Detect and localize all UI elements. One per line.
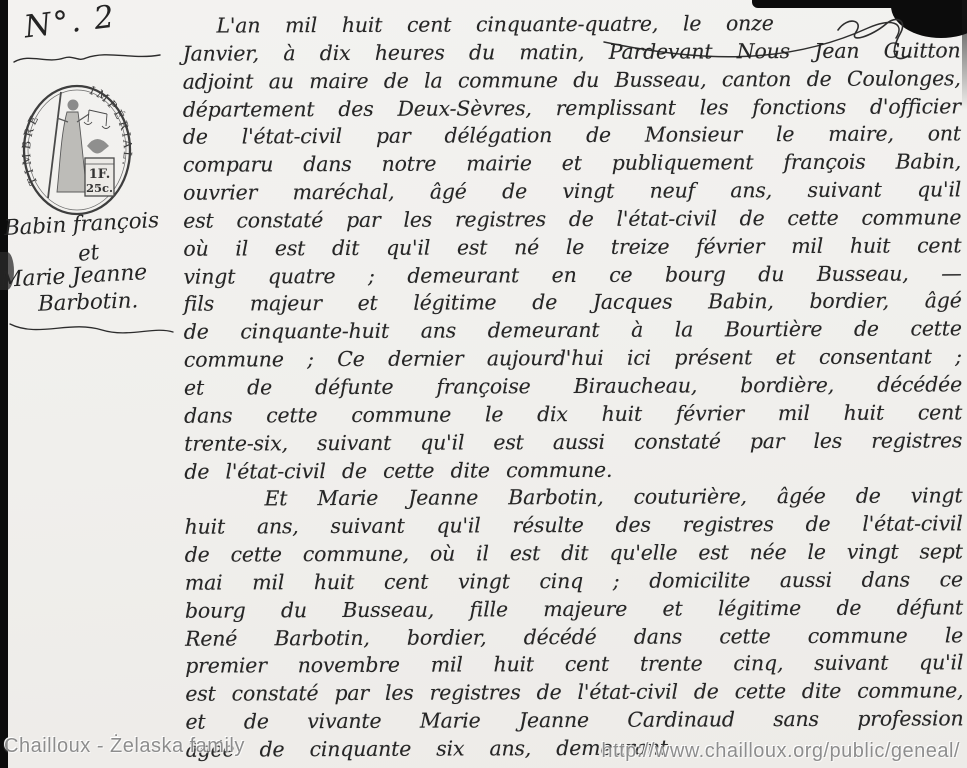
text-line: comparu dans notre mairie et publiquemen… xyxy=(183,149,961,180)
text-line: est constaté par les registres de l'état… xyxy=(185,678,963,709)
text-line: fils majeur et légitime de Jacques Babin… xyxy=(184,288,962,319)
watermark-url: http://www.chailloux.org/public/geneal/ xyxy=(601,740,960,763)
text-line: mai mil huit cent vingt cinq ; domicilit… xyxy=(185,566,963,597)
stamp-value-bottom: 25c. xyxy=(86,181,113,195)
text-line: Janvier, à dix heures du matin, Pardevan… xyxy=(182,37,960,68)
scanned-register-page: N°. 2 TIMBRE IMPÉRIAL. xyxy=(0,0,967,768)
text-line: adjoint au maire de la commune du Bussea… xyxy=(183,65,961,96)
text-line: ouvrier maréchal, âgé de vingt neuf ans,… xyxy=(183,176,961,207)
margin-name-bride-last: Barbotin. xyxy=(38,288,139,316)
text-line: René Barbotin, bordier, décédé dans cett… xyxy=(185,622,963,653)
justice-figure-icon xyxy=(57,100,89,193)
act-text: L'an mil huit cent cinquante-quatre, le … xyxy=(182,9,963,764)
text-line: Et Marie Jeanne Barbotin, couturière, âg… xyxy=(184,483,962,514)
text-line: de l'état-civil par délégation de Monsie… xyxy=(183,121,961,152)
text-line: département des Deux-Sèvres, remplissant… xyxy=(183,93,961,124)
act-number-underline xyxy=(12,48,164,68)
text-line: vingt quatre ; demeurant en ce bourg du … xyxy=(183,260,961,291)
text-line: de l'état-civil de cette dite commune. xyxy=(184,456,612,486)
margin-names-underline xyxy=(8,318,176,340)
text-line: de cette commune, où il est dit qu'elle … xyxy=(185,538,963,569)
imperial-eagle-icon xyxy=(87,139,109,154)
text-line: huit ans, suivant qu'il résulte des regi… xyxy=(185,510,963,541)
text-line: et de défunte françoise Biraucheau, bord… xyxy=(184,371,962,402)
text-line: dans cette commune le dix huit février m… xyxy=(184,399,962,430)
stamp-value-top: 1F. xyxy=(89,167,111,182)
text-line: commune ; Ce dernier aujourd'hui ici pré… xyxy=(184,343,962,374)
text-line: et de vivante Marie Jeanne Cardinaud san… xyxy=(185,705,963,736)
text-line: de cinquante-huit ans demeurant à la Bou… xyxy=(184,316,962,347)
text-line: est constaté par les registres de l'état… xyxy=(183,204,961,235)
act-number: N°. 2 xyxy=(22,0,118,45)
watermark-family-name: Chailloux - Żelaska family xyxy=(4,735,245,758)
text-line: âgée de cinquante six ans, demeurant xyxy=(186,735,668,765)
text-line: bourg du Busseau, fille majeure et légit… xyxy=(185,594,963,625)
stamp-text-timbre: TIMBRE xyxy=(19,110,43,187)
text-line: où il est dit qu'il est né le treize fév… xyxy=(183,232,961,263)
scan-edge-left xyxy=(0,0,8,768)
text-line: trente-six, suivant qu'il est aussi cons… xyxy=(184,427,962,458)
stamp-text-imperial: IMPÉRIAL. xyxy=(88,83,135,169)
text-line: L'an mil huit cent cinquante-quatre, le … xyxy=(182,10,773,40)
stamp-value-pedestal: 1F. 25c. xyxy=(85,158,114,196)
scales-icon xyxy=(84,110,110,129)
timbre-imperial-stamp: TIMBRE IMPÉRIAL. 1F. 25c. xyxy=(15,78,139,222)
scan-edge-right xyxy=(962,0,967,110)
text-line: premier novembre mil huit cent trente ci… xyxy=(185,650,963,681)
